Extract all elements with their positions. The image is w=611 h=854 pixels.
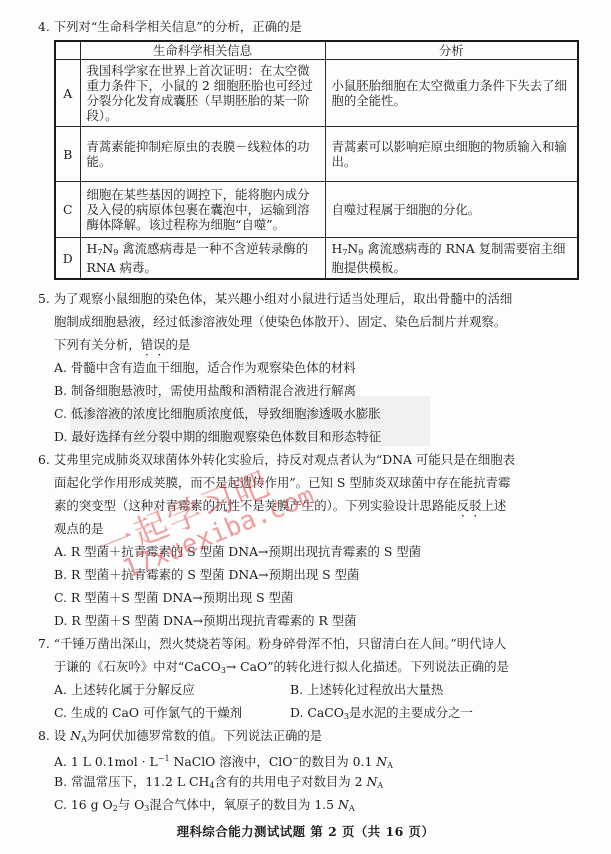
q4-info-table: 生命科学相关信息 分析 A 我国科学家在世界上首次证明：在太空微重力条件下，小鼠… (54, 40, 579, 280)
q7-option-b: B. 上述转化过程放出大量热 (290, 682, 443, 698)
q5-number: 5. (38, 291, 50, 306)
row-info: 细胞在某些基因的调控下，能将胞内成分及入侵的病原体包裹在囊泡中，运输到溶酶体降解… (80, 182, 325, 238)
q5-stem-text: 的是 (166, 337, 191, 352)
table-header-blank (55, 41, 80, 60)
formula-h: H (332, 241, 343, 256)
q5-stem-text: 下列有关分析， (54, 337, 141, 352)
row-info: H7N9 禽流感病毒是一种不含逆转录酶的 RNA 病毒。 (80, 238, 325, 280)
option-text: B. 常温常压下，11.2 L CH (54, 774, 209, 789)
option-text: 与 O (118, 797, 145, 812)
emphasis-char: 错 (141, 337, 153, 353)
q7-stem-line-2: 于谦的《石灰吟》中对“CaCO3→ CaO”的转化进行拟人化描述。下列说法正确的… (54, 659, 509, 679)
q6-stem-text: 艾弗里完成肺炎双球菌体外转化实验后，持反对观点者认为“DNA 可能只是在细胞表 (54, 452, 515, 467)
table-row-c: C 细胞在某些基因的调控下，能将胞内成分及入侵的病原体包裹在囊泡中，运输到溶酶体… (55, 182, 578, 238)
table-header-row: 生命科学相关信息 分析 (55, 41, 578, 60)
emphasis-char: 误 (153, 337, 165, 353)
row-label: D (55, 238, 80, 280)
subscript: A (377, 781, 383, 790)
q6-option-a: A. R 型菌＋抗青霉素的 S 型菌 DNA→预期出现抗青霉素的 S 型菌 (54, 544, 421, 560)
formula-h: H (87, 241, 98, 256)
emphasis-char: 反 (457, 498, 469, 514)
q7-stem-text: 于谦的《石灰吟》中对“CaCO (54, 659, 221, 674)
q5-option-c: C. 低渗溶液的浓度比细胞质浓度低，导致细胞渗透吸水膨胀 (54, 406, 381, 422)
subscript: A (349, 804, 355, 813)
row-analysis-text: 禽流感病毒的 RNA 复制需要宿主细胞提供模板。 (332, 241, 566, 275)
table-row-d: D H7N9 禽流感病毒是一种不含逆转录酶的 RNA 病毒。 H7N9 禽流感病… (55, 238, 578, 280)
formula-n: N (347, 241, 358, 256)
avogadro-symbol: N (70, 728, 81, 743)
row-label: B (55, 127, 80, 182)
exam-page: 4. 下列对“生命科学相关信息”的分析，正确的是 生命科学相关信息 分析 A 我… (0, 0, 611, 854)
option-text: D. CaCO (290, 705, 344, 720)
q7-stem-line-1: 7. “千锤万凿出深山，烈火焚烧若等闲。粉身碎骨浑不怕，只留清白在人间。”明代诗… (38, 636, 506, 652)
q7-option-a: A. 上述转化属于分解反应 (54, 682, 195, 698)
q6-stem-line-1: 6. 艾弗里完成肺炎双球菌体外转化实验后，持反对观点者认为“DNA 可能只是在细… (38, 452, 515, 468)
q8-option-a: A. 1 L 0.1mol · L−1 NaClO 溶液中，ClO−的数目为 0… (54, 751, 393, 774)
row-label: A (55, 60, 80, 127)
option-text: A. 1 L 0.1mol · L (54, 754, 158, 769)
q6-option-c: C. R 型菌＋S 型菌 DNA→预期出现 S 型菌 (54, 590, 293, 606)
q7-number: 7. (38, 636, 50, 651)
emphasis-char: 驳 (469, 498, 481, 514)
table-row-a: A 我国科学家在世界上首次证明：在太空微重力条件下，小鼠的 2 细胞胚胎也可经过… (55, 60, 578, 127)
q6-option-d: D. R 型菌＋S 型菌 DNA→预期出现抗青霉素的 R 型菌 (54, 613, 357, 629)
q6-option-b: B. R 型菌＋抗青霉素的 S 型菌 DNA→预期出现 S 型菌 (54, 567, 359, 583)
q6-number: 6. (38, 452, 50, 467)
q5-stem-line-3: 下列有关分析，错误的是 (54, 337, 190, 353)
q6-stem-text: 上述 (481, 498, 506, 513)
q7-option-d: D. CaCO3是水泥的主要成分之一 (290, 705, 473, 725)
option-text: NaClO 溶液中，ClO (170, 754, 293, 769)
q7-stem-text: “千锤万凿出深山，烈火焚烧若等闲。粉身碎骨浑不怕，只留清白在人间。”明代诗人 (54, 636, 507, 651)
row-info: 青蒿素能抑制疟原虫的表膜－线粒体的功能。 (80, 127, 325, 182)
option-text: C. 16 g O (54, 797, 113, 812)
avogadro-symbol: N (338, 797, 349, 812)
row-analysis: 小鼠胚胎细胞在太空微重力条件下失去了细胞的全能性。 (325, 60, 578, 127)
option-text: 含有的共用电子对数目为 2 (214, 774, 366, 789)
q5-stem-line-1: 5. 为了观察小鼠细胞的染色体，某兴趣小组对小鼠进行适当处理后，取出骨髓中的活细 (38, 291, 512, 307)
table-row-b: B 青蒿素能抑制疟原虫的表膜－线粒体的功能。 青蒿素可以影响疟原虫细胞的物质输入… (55, 127, 578, 182)
row-info-text: 禽流感病毒是一种不含逆转录酶的 RNA 病毒。 (87, 241, 309, 275)
row-info: 我国科学家在世界上首次证明：在太空微重力条件下，小鼠的 2 细胞胚胎也可经过分裂… (80, 60, 325, 127)
q4-stem: 4. 下列对“生命科学相关信息”的分析，正确的是 (38, 19, 302, 35)
q8-option-b: B. 常温常压下，11.2 L CH4含有的共用电子对数目为 2 NA (54, 774, 383, 794)
q4-stem-text: 下列对“生命科学相关信息”的分析，正确的是 (54, 19, 302, 34)
page-footer: 理科综合能力测试试题 第 2 页（共 16 页） (0, 822, 611, 840)
q5-option-a: A. 骨髓中含有造血干细胞，适合作为观察染色体的材料 (54, 360, 356, 376)
option-text: 是水泥的主要成分之一 (349, 705, 473, 720)
q8-option-c: C. 16 g O2与 O3混合气体中，氧原子的数目为 1.5 NA (54, 797, 355, 817)
q5-stem-line-2: 胞制成细胞悬液，经过低渗溶液处理（使染色体散开）、固定、染色后制片并观察。 (54, 314, 506, 330)
option-text: 混合气体中，氧原子的数目为 1.5 (149, 797, 338, 812)
q7-option-c: C. 生成的 CaO 可作氯气的干燥剂 (54, 705, 242, 721)
q8-stem: 8. 设 NA为阿伏加德罗常数的值。下列说法正确的是 (38, 728, 322, 748)
superscript: −1 (158, 754, 170, 763)
q8-stem-text: 为阿伏加德罗常数的值。下列说法正确的是 (87, 728, 322, 743)
q6-stem-text: 素的突变型（这种对青霉素的抗性不是荚膜产生的）。下列实验设计思路能 (54, 498, 457, 513)
row-label: C (55, 182, 80, 238)
q6-stem-line-4: 观点的是 (54, 521, 104, 537)
avogadro-symbol: N (376, 754, 387, 769)
subscript: A (387, 761, 393, 770)
avogadro-symbol: N (366, 774, 377, 789)
q6-stem-line-3: 素的突变型（这种对青霉素的抗性不是荚膜产生的）。下列实验设计思路能反驳上述 (54, 498, 506, 514)
row-analysis: 自噬过程属于细胞的分化。 (325, 182, 578, 238)
q8-number: 8. (38, 728, 50, 743)
q8-stem-text: 设 (54, 728, 70, 743)
row-analysis: H7N9 禽流感病毒的 RNA 复制需要宿主细胞提供模板。 (325, 238, 578, 280)
formula-n: N (102, 241, 113, 256)
table-header-analysis: 分析 (325, 41, 578, 60)
option-text: 的数目为 0.1 (299, 754, 376, 769)
q4-number: 4. (38, 19, 50, 34)
row-analysis: 青蒿素可以影响疟原虫细胞的物质输入和输出。 (325, 127, 578, 182)
table-header-info: 生命科学相关信息 (80, 41, 325, 60)
q5-stem-text: 为了观察小鼠细胞的染色体，某兴趣小组对小鼠进行适当处理后，取出骨髓中的活细 (54, 291, 512, 306)
q6-stem-line-2: 面起化学作用形成荚膜，而不是起遗传作用”。已知 S 型肺炎双球菌中存在能抗青霉 (54, 475, 510, 491)
q5-option-d: D. 最好选择有丝分裂中期的细胞观察染色体数目和形态特征 (54, 429, 381, 445)
q7-stem-text: → CaO”的转化进行拟人化描述。下列说法正确的是 (226, 659, 509, 674)
q5-option-b: B. 制备细胞悬液时，需使用盐酸和酒精混合液进行解离 (54, 383, 356, 399)
